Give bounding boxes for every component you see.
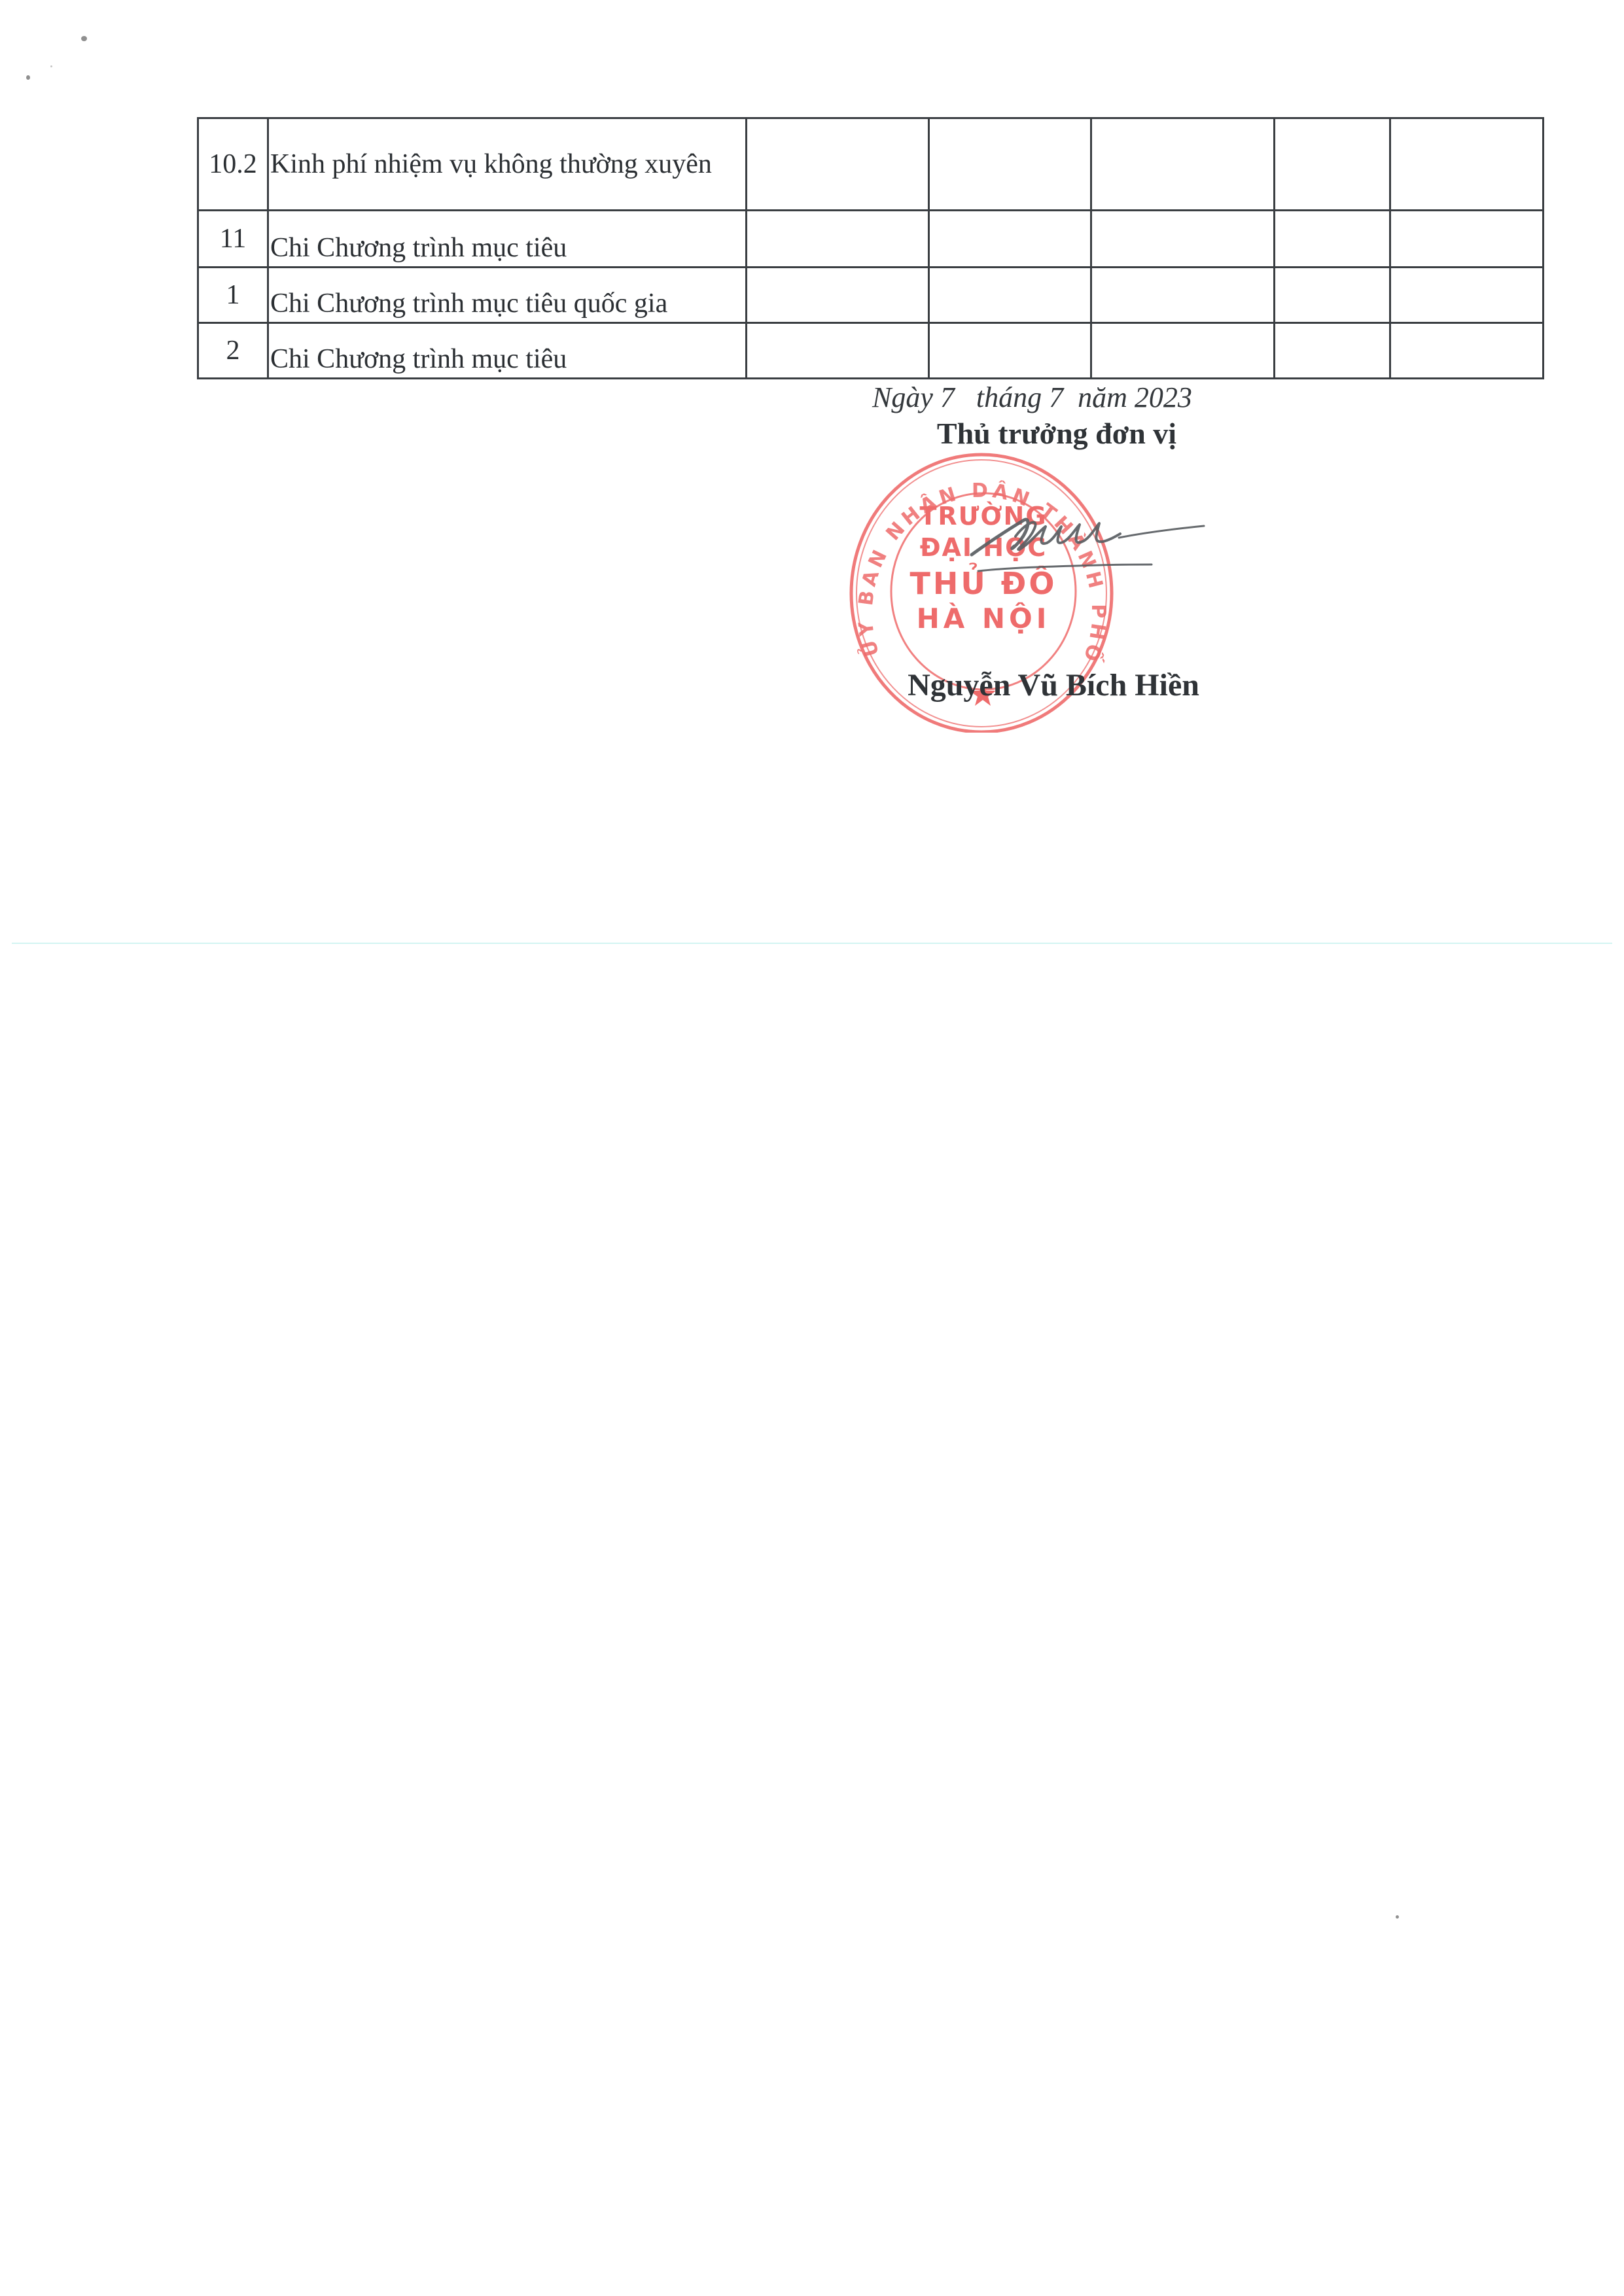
value-cell [1091, 118, 1275, 211]
row-number: 1 [198, 268, 268, 323]
row-description: Kinh phí nhiệm vụ không thường xuyên [268, 118, 747, 211]
scan-artifact-line [12, 943, 1612, 944]
table-row: 10.2 Kinh phí nhiệm vụ không thường xuyê… [198, 118, 1544, 211]
signer-title: Thủ trưởng đơn vị [851, 416, 1263, 451]
scan-speck [50, 65, 52, 67]
value-cell [929, 118, 1091, 211]
signer-name: Nguyễn Vũ Bích Hiền [851, 667, 1256, 703]
value-cell [1275, 268, 1390, 323]
value-cell [929, 211, 1091, 268]
value-cell [929, 323, 1091, 379]
row-number: 2 [198, 323, 268, 379]
row-number: 10.2 [198, 118, 268, 211]
row-description: Chi Chương trình mục tiêu [268, 211, 747, 268]
table-row: 2 Chi Chương trình mục tiêu [198, 323, 1544, 379]
signature-date: Ngày 7 tháng 7 năm 2023 [872, 381, 1239, 414]
scan-speck [26, 75, 30, 80]
value-cell [747, 118, 929, 211]
scan-speck [81, 36, 87, 41]
table-row: 11 Chi Chương trình mục tiêu [198, 211, 1544, 268]
value-cell [1390, 323, 1544, 379]
stamp-line-4: HÀ NỘI [917, 602, 1051, 635]
value-cell [1390, 268, 1544, 323]
value-cell [747, 323, 929, 379]
value-cell [929, 268, 1091, 323]
value-cell [1091, 323, 1275, 379]
row-description: Chi Chương trình mục tiêu [268, 323, 747, 379]
budget-table: 10.2 Kinh phí nhiệm vụ không thường xuyê… [197, 117, 1544, 379]
row-description: Chi Chương trình mục tiêu quốc gia [268, 268, 747, 323]
row-number: 11 [198, 211, 268, 268]
value-cell [747, 211, 929, 268]
value-cell [747, 268, 929, 323]
value-cell [1091, 268, 1275, 323]
value-cell [1390, 118, 1544, 211]
value-cell [1275, 211, 1390, 268]
value-cell [1390, 211, 1544, 268]
scan-speck [1396, 1915, 1399, 1919]
value-cell [1275, 118, 1390, 211]
value-cell [1091, 211, 1275, 268]
table-row: 1 Chi Chương trình mục tiêu quốc gia [198, 268, 1544, 323]
value-cell [1275, 323, 1390, 379]
handwritten-signature [968, 510, 1210, 589]
